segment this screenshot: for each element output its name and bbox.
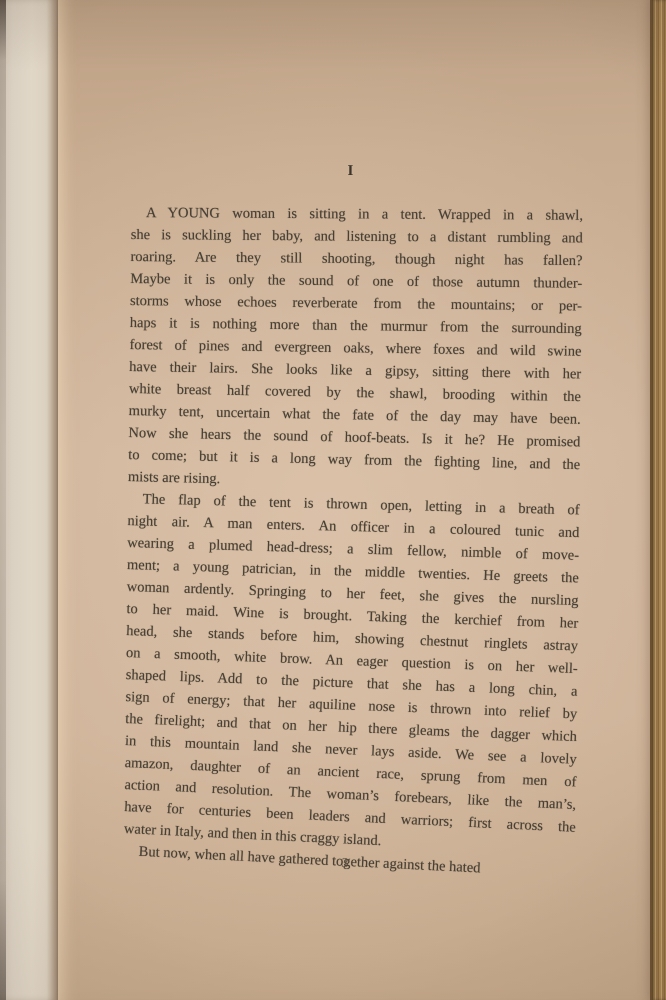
facing-page-edge — [0, 0, 58, 1000]
book-page: I A YOUNG woman is sitting in a tent. Wr… — [58, 0, 652, 1000]
body-text-line: A YOUNG woman is sitting in a tent. Wrap… — [131, 202, 583, 227]
page-edges-strip — [650, 0, 666, 1000]
body-text-line: she is suckling her baby, and listening … — [131, 224, 583, 249]
book-page-photo: I A YOUNG woman is sitting in a tent. Wr… — [0, 0, 666, 1000]
chapter-number: I — [125, 162, 577, 181]
body-text-block: A YOUNG woman is sitting in a tent. Wrap… — [131, 202, 583, 892]
